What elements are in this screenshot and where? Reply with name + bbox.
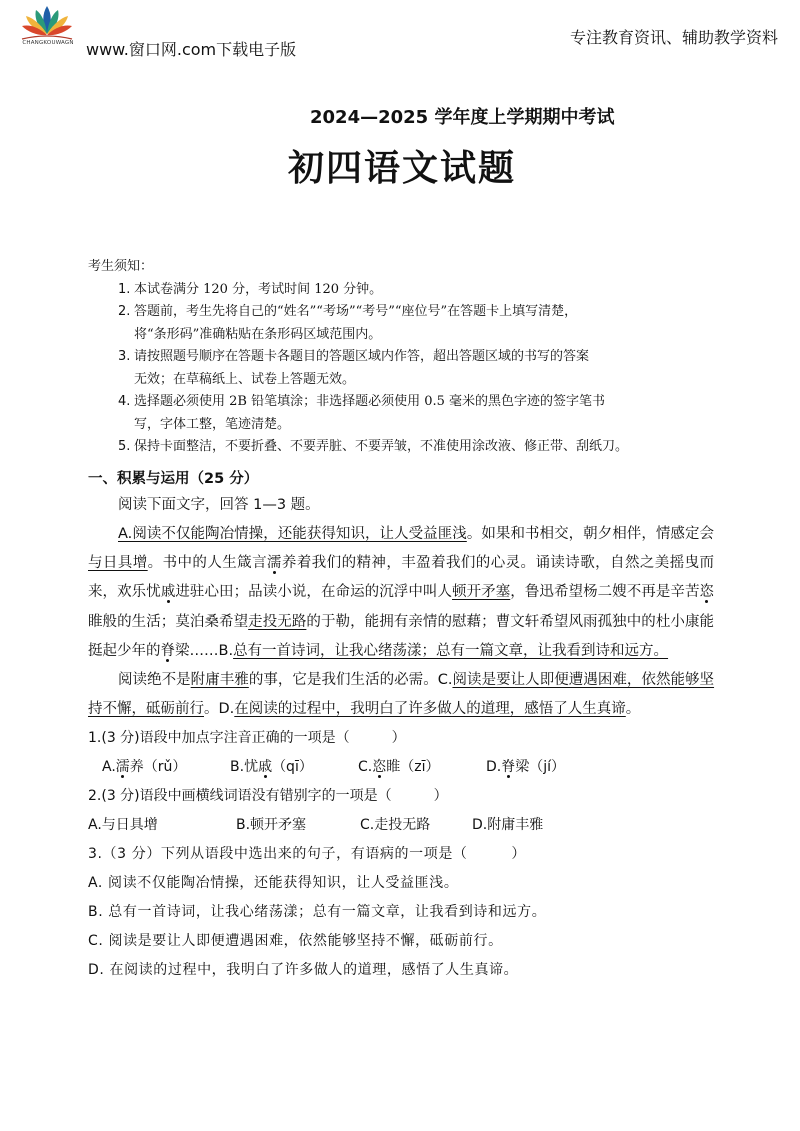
notice-number: 5. (118, 436, 130, 459)
option-b[interactable]: B.顿开矛塞 (236, 811, 360, 840)
passage-text: 进驻心田；品读小说，在命运的沉浮中叫人 (175, 584, 452, 600)
notice-text: 保持卡面整洁，不要折叠、不要弄脏、不要弄皱，不准使用涂改液、修正带、刮纸刀。 (134, 436, 628, 459)
underlined-word: 顿开矛塞 (452, 584, 510, 600)
passage-text: 的事，它是我们生活的必需。C. (249, 672, 453, 688)
notice-item: 3. 请按照题号顺序在答题卡各题目的答题区域内作答，超出答题区域的书写的答案 无… (118, 346, 628, 391)
notice-text: 请按照题号顺序在答题卡各题目的答题区域内作答，超出答题区域的书写的答案 (134, 346, 628, 369)
notice-item: 2. 答题前，考生先将自己的“姓名”“考场”“考号”“座位号”在答题卡上填写清楚… (118, 301, 628, 346)
header-slogan: 专注教育资讯、辅助教学资料 (570, 25, 778, 48)
notice-text: 写，字体工整，笔迹清楚。 (134, 414, 628, 437)
notice-item: 4. 选择题必须使用 2B 铅笔填涂；非选择题必须使用 0.5 毫米的黑色字迹的… (118, 391, 628, 436)
option-d[interactable]: D.脊梁（jí） (486, 753, 614, 782)
option-label: A. (102, 759, 116, 775)
option-word: 忧 (244, 759, 258, 775)
page-header: CHANGKOUWAGN www.窗口网.com下载电子版 专注教育资讯、辅助教… (0, 0, 800, 62)
dotted-char: 脊 (161, 643, 176, 659)
underlined-word: 附庸丰雅 (191, 672, 249, 688)
option-c[interactable]: C. 阅读是要让人即便遭遇困难，依然能够坚持不懈，砥砺前行。 (88, 927, 718, 956)
passage-text: 阅读绝不是 (118, 672, 191, 688)
option-label: C. (358, 759, 372, 775)
option-word: 梁 (515, 759, 529, 775)
sentence-d: 在阅读的过程中，我明白了许多做人的道理，感悟了人生真谛 (234, 701, 626, 717)
option-pinyin: （qī） (272, 759, 313, 775)
exam-title: 初四语文试题 (288, 140, 516, 191)
exam-notice: 考生须知： 1. 本试卷满分 120 分，考试时间 120 分钟。 2. 答题前… (88, 256, 628, 459)
option-pinyin: （zī） (400, 759, 439, 775)
dotted-char: 濡 (267, 555, 282, 571)
dotted-char: 濡 (116, 759, 130, 775)
exam-subtitle: 2024—2025 学年度上学期期中考试 (310, 103, 614, 129)
site-url-link[interactable]: www.窗口网.com下载电子版 (86, 37, 296, 60)
question-2-options: A.与日具增 B.顿开矛塞 C.走投无路 D.附庸丰雅 (88, 811, 718, 840)
dotted-char: 戚 (161, 584, 176, 600)
notice-number: 1. (118, 279, 130, 302)
section-accumulation: 一、积累与运用（25 分） 阅读下面文字，回答 1—3 题。 A.阅读不仅能陶冶… (88, 468, 718, 985)
passage-text: 睢般的生活；莫泊桑希望 (88, 614, 248, 630)
question-1-stem: 1.(3 分)语段中加点字注音正确的一项是（ ） (88, 724, 718, 753)
passage-text: 梁……B. (175, 643, 233, 659)
underlined-word: 与日具增 (88, 555, 148, 571)
notice-number: 3. (118, 346, 130, 369)
option-c[interactable]: C.恣睢（zī） (358, 753, 486, 782)
option-a[interactable]: A. 阅读不仅能陶冶情操，还能获得知识，让人受益匪浅。 (88, 869, 718, 898)
option-d[interactable]: D. 在阅读的过程中，我明白了许多做人的道理，感悟了人生真谛。 (88, 956, 718, 985)
notice-title: 考生须知： (88, 256, 628, 279)
notice-list: 1. 本试卷满分 120 分，考试时间 120 分钟。 2. 答题前，考生先将自… (88, 279, 628, 459)
notice-item: 1. 本试卷满分 120 分，考试时间 120 分钟。 (118, 279, 628, 302)
notice-text: 无效；在草稿纸上、试卷上答题无效。 (134, 369, 628, 392)
option-word: 睢 (386, 759, 400, 775)
passage-text: 。如果和书相交，朝夕相伴，情感定会 (467, 526, 714, 542)
question-list: 1.(3 分)语段中加点字注音正确的一项是（ ） A.濡养（rǔ） B.忧戚（q… (88, 724, 718, 985)
option-c[interactable]: C.走投无路 (360, 811, 472, 840)
reading-instruction: 阅读下面文字，回答 1—3 题。 (88, 490, 718, 520)
option-d[interactable]: D.附庸丰雅 (472, 811, 543, 840)
dotted-char: 恣 (372, 759, 386, 775)
notice-item: 5. 保持卡面整洁，不要折叠、不要弄脏、不要弄皱，不准使用涂改液、修正带、刮纸刀… (118, 436, 628, 459)
notice-number: 2. (118, 301, 130, 324)
passage-paragraph-1: A.阅读不仅能陶冶情操，还能获得知识，让人受益匪浅。如果和书相交，朝夕相伴，情感… (88, 520, 714, 666)
notice-text: 答题前，考生先将自己的“姓名”“考场”“考号”“座位号”在答题卡上填写清楚， (134, 301, 628, 324)
notice-text: 将“条形码”准确粘贴在条形码区域范围内。 (134, 324, 628, 347)
option-word: 养 (130, 759, 144, 775)
notice-number: 4. (118, 391, 130, 414)
option-b[interactable]: B. 总有一首诗词，让我心绪荡漾；总有一篇文章，让我看到诗和远方。 (88, 898, 718, 927)
dotted-char: 戚 (258, 759, 272, 775)
option-label: D. (486, 759, 501, 775)
option-a[interactable]: A.濡养（rǔ） (102, 753, 230, 782)
option-pinyin: （jí） (529, 759, 565, 775)
question-2-stem: 2.(3 分)语段中画横线词语没有错别字的一项是（ ） (88, 782, 718, 811)
logo-text: CHANGKOUWAGN (16, 40, 80, 46)
sentence-a: A.阅读不仅能陶冶情操，还能获得知识，让人受益匪浅 (118, 526, 467, 542)
question-1-options: A.濡养（rǔ） B.忧戚（qī） C.恣睢（zī） D.脊梁（jí） (88, 753, 718, 782)
passage-text: 。D. (204, 701, 234, 717)
section-heading: 一、积累与运用（25 分） (88, 468, 718, 490)
dotted-char: 脊 (501, 759, 515, 775)
option-a[interactable]: A.与日具增 (88, 811, 236, 840)
passage-text: ，鲁迅希望杨二嫂不再是辛苦 (510, 584, 699, 600)
notice-text: 本试卷满分 120 分，考试时间 120 分钟。 (134, 279, 628, 302)
option-label: B. (230, 759, 244, 775)
notice-text: 选择题必须使用 2B 铅笔填涂；非选择题必须使用 0.5 毫米的黑色字迹的签字笔… (134, 391, 628, 414)
passage-text: 。书中的人生箴言 (148, 555, 267, 571)
passage-text: 。 (626, 701, 641, 717)
underlined-word: 走投无路 (248, 614, 306, 630)
question-3-stem: 3.（3 分）下列从语段中选出来的句子，有语病的一项是（ ） (88, 840, 718, 869)
passage-paragraph-2: 阅读绝不是附庸丰雅的事，它是我们生活的必需。C.阅读是要让人即便遭遇困难，依然能… (88, 666, 714, 724)
sentence-b: 总有一首诗词，让我心绪荡漾；总有一篇文章，让我看到诗和远方。 (233, 643, 668, 659)
dotted-char: 恣 (700, 584, 715, 600)
option-pinyin: （rǔ） (144, 759, 187, 775)
option-b[interactable]: B.忧戚（qī） (230, 753, 358, 782)
